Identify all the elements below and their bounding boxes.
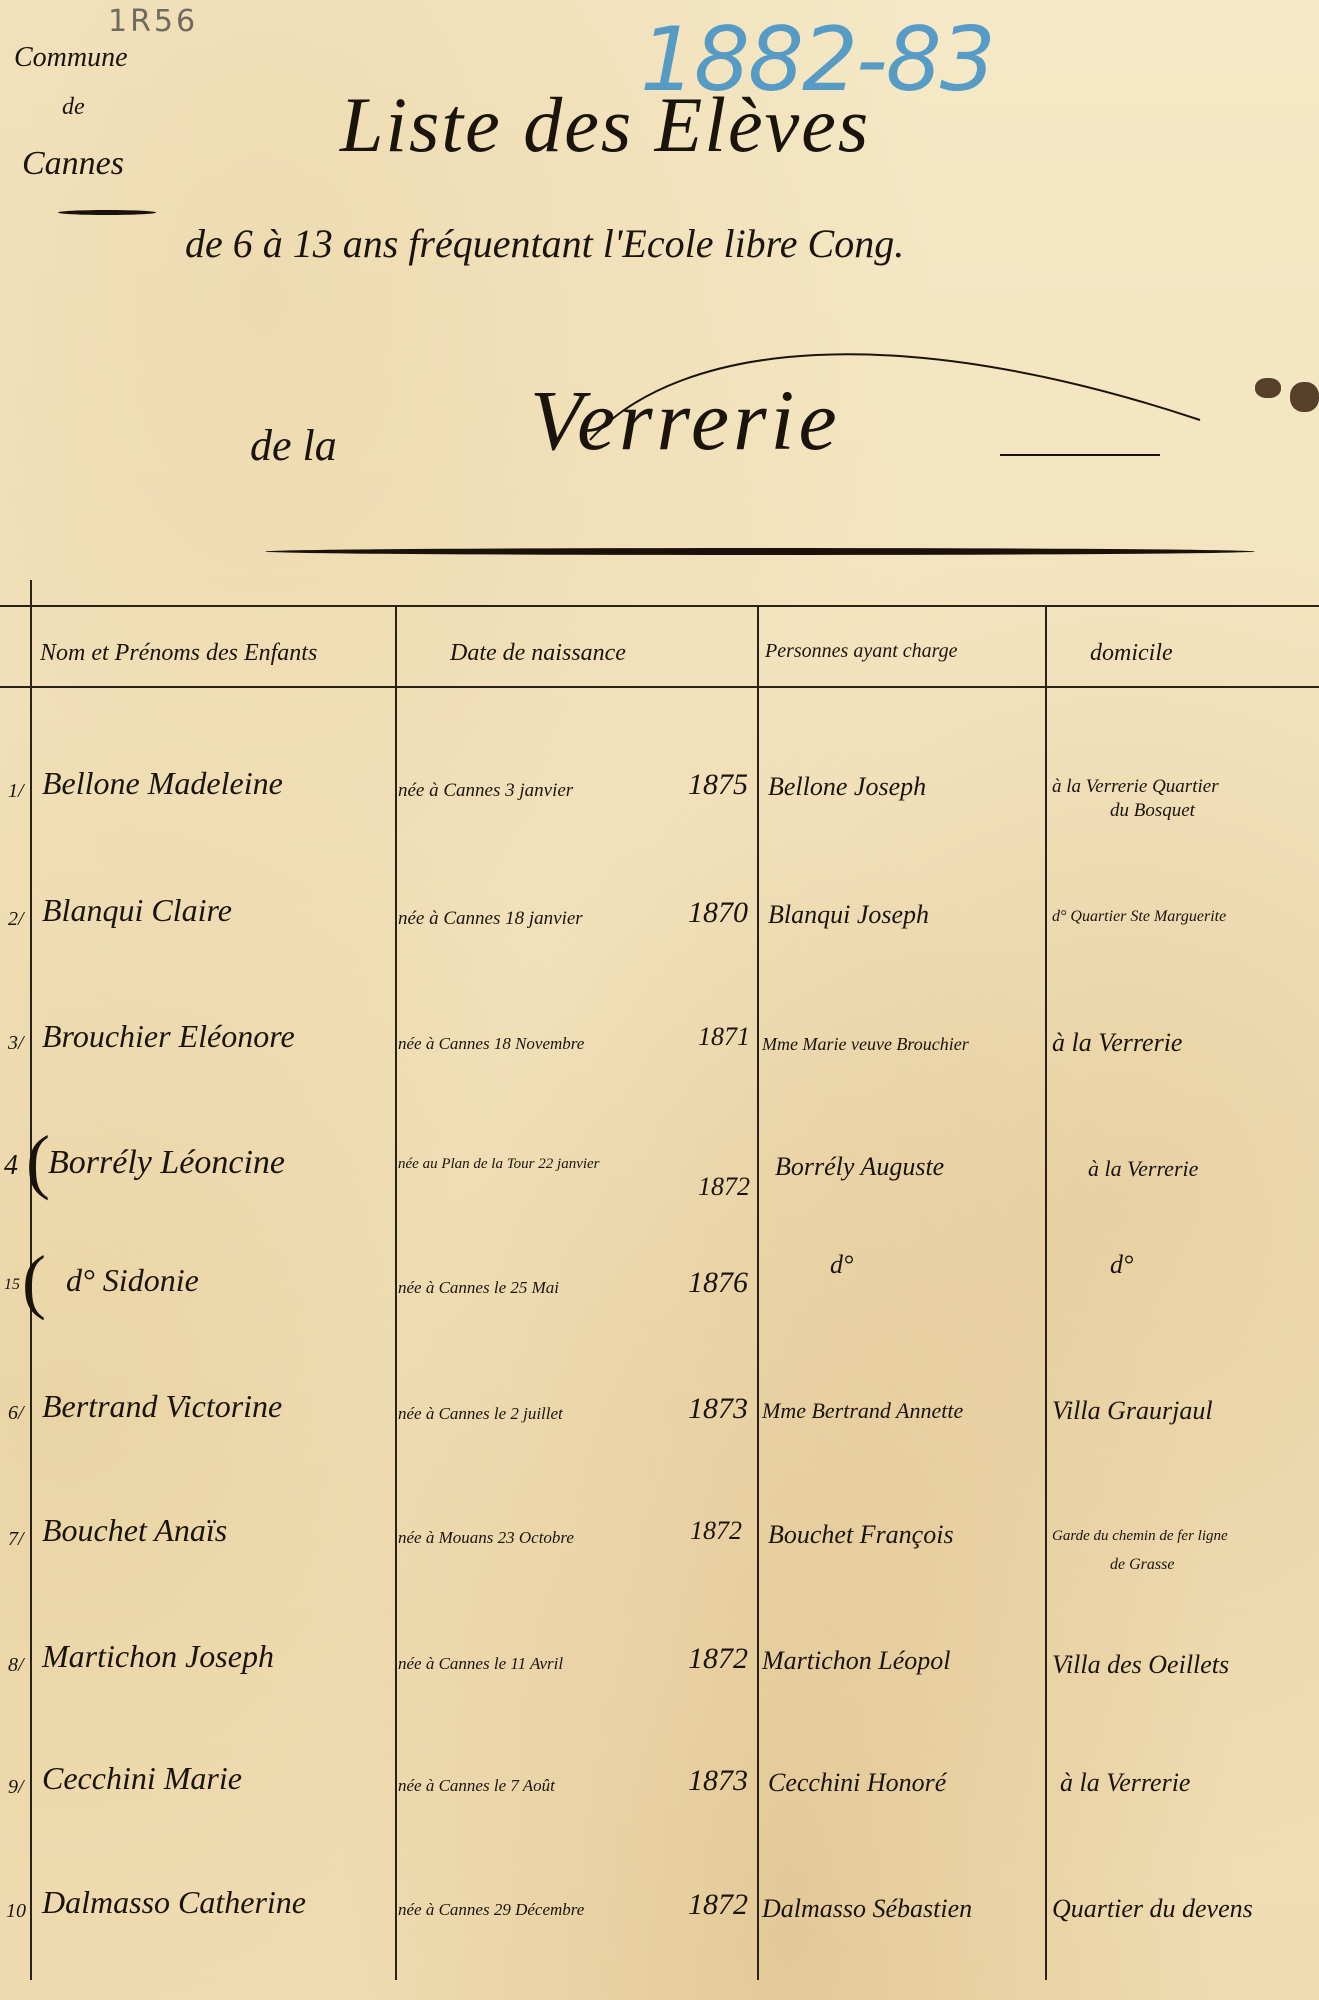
student-name: Bouchet Anaïs bbox=[42, 1512, 227, 1549]
domicile: à la Verrerie bbox=[1088, 1156, 1198, 1182]
row-number: 3/ bbox=[8, 1032, 24, 1055]
commune-label: Commune bbox=[14, 42, 128, 74]
column-header-birthdate: Date de naissance bbox=[450, 640, 626, 667]
birth-year: 1872 bbox=[690, 1516, 742, 1546]
birth-info: née au Plan de la Tour 22 janvier bbox=[398, 1156, 600, 1173]
commune-name: Cannes bbox=[22, 145, 124, 183]
student-name: Bertrand Victorine bbox=[42, 1388, 282, 1425]
row-number: 7/ bbox=[8, 1528, 24, 1551]
student-name: Martichon Joseph bbox=[42, 1638, 274, 1675]
row-number: 10 bbox=[6, 1900, 26, 1923]
column-divider bbox=[1045, 605, 1047, 1980]
guardian-name: Martichon Léopol bbox=[762, 1646, 951, 1676]
birth-year: 1873 bbox=[688, 1764, 748, 1798]
birth-info: née à Cannes le 2 juillet bbox=[398, 1404, 563, 1424]
guardian-name: Dalmasso Sébastien bbox=[762, 1894, 972, 1924]
guardian-name: Mme Bertrand Annette bbox=[762, 1398, 963, 1424]
column-divider bbox=[395, 605, 397, 1980]
commune-underline bbox=[58, 210, 156, 215]
ink-blot bbox=[1255, 378, 1281, 398]
guardian-name: Borrély Auguste bbox=[775, 1152, 944, 1182]
guardian-name: d° bbox=[830, 1250, 853, 1280]
birth-year: 1873 bbox=[688, 1392, 748, 1426]
domicile: d° bbox=[1110, 1250, 1133, 1280]
birth-info: née à Cannes le 11 Avril bbox=[398, 1654, 563, 1674]
birth-info: née à Cannes le 7 Août bbox=[398, 1776, 555, 1796]
domicile: Quartier du devens bbox=[1052, 1894, 1253, 1924]
birth-info: née à Cannes le 25 Mai bbox=[398, 1278, 559, 1298]
domicile-line2: du Bosquet bbox=[1110, 800, 1195, 822]
birth-year: 1876 bbox=[688, 1266, 748, 1300]
domicile: Garde du chemin de fer ligne bbox=[1052, 1528, 1228, 1545]
domicile: à la Verrerie Quartier bbox=[1052, 776, 1219, 798]
domicile-line2: de Grasse bbox=[1110, 1556, 1174, 1574]
domicile: Villa des Oeillets bbox=[1052, 1650, 1229, 1680]
birth-info: née à Cannes 18 Novembre bbox=[398, 1034, 584, 1054]
school-prefix: de la bbox=[250, 420, 337, 471]
guardian-name: Bellone Joseph bbox=[768, 772, 926, 802]
birth-info: née à Cannes 18 janvier bbox=[398, 908, 583, 930]
birth-year: 1872 bbox=[698, 1172, 750, 1202]
page-subtitle: de 6 à 13 ans fréquentant l'Ecole libre … bbox=[185, 220, 904, 267]
student-name: Brouchier Eléonore bbox=[42, 1018, 295, 1055]
column-header-name: Nom et Prénoms des Enfants bbox=[40, 640, 317, 667]
birth-year: 1870 bbox=[688, 896, 748, 930]
birth-year: 1872 bbox=[688, 1888, 748, 1922]
row-number: 6/ bbox=[8, 1402, 24, 1425]
student-name: Borrély Léoncine bbox=[48, 1144, 285, 1182]
guardian-name: Blanqui Joseph bbox=[768, 900, 929, 930]
birth-year: 1875 bbox=[688, 768, 748, 802]
row-number: 15 bbox=[4, 1276, 20, 1294]
row-number: 1/ bbox=[8, 780, 24, 803]
student-name: Cecchini Marie bbox=[42, 1760, 242, 1797]
bracket-icon: ( bbox=[22, 1240, 46, 1323]
column-divider bbox=[757, 605, 759, 1980]
guardian-name: Mme Marie veuve Brouchier bbox=[762, 1034, 969, 1055]
row-number: 8/ bbox=[8, 1654, 24, 1677]
row-number: 4 bbox=[4, 1150, 18, 1182]
domicile: à la Verrerie bbox=[1060, 1768, 1190, 1798]
header-bottom-border bbox=[0, 686, 1319, 688]
domicile: à la Verrerie bbox=[1052, 1028, 1182, 1058]
student-name: Dalmasso Catherine bbox=[42, 1884, 306, 1921]
domicile: Villa Graurjaul bbox=[1052, 1396, 1213, 1426]
ink-blot bbox=[1290, 382, 1319, 412]
student-name: d° Sidonie bbox=[66, 1262, 199, 1299]
title-flourish bbox=[480, 330, 1240, 460]
student-name: Bellone Madeleine bbox=[42, 765, 283, 802]
birth-info: née à Cannes 3 janvier bbox=[398, 780, 573, 802]
guardian-name: Cecchini Honoré bbox=[768, 1768, 946, 1798]
birth-info: née à Cannes 29 Décembre bbox=[398, 1900, 584, 1920]
birth-info: née à Mouans 23 Octobre bbox=[398, 1528, 574, 1548]
archive-reference: 1R56 bbox=[108, 4, 198, 39]
birth-year: 1872 bbox=[688, 1642, 748, 1676]
student-name: Blanqui Claire bbox=[42, 892, 232, 929]
guardian-name: Bouchet François bbox=[768, 1520, 954, 1550]
table-top-border bbox=[0, 605, 1319, 607]
birth-year: 1871 bbox=[698, 1022, 750, 1052]
title-divider bbox=[265, 548, 1255, 555]
commune-de: de bbox=[62, 94, 85, 121]
row-number: 9/ bbox=[8, 1776, 24, 1799]
column-header-domicile: domicile bbox=[1090, 640, 1173, 667]
bracket-icon: ( bbox=[26, 1120, 50, 1203]
domicile: d° Quartier Ste Marguerite bbox=[1052, 908, 1226, 926]
row-number: 2/ bbox=[8, 908, 24, 931]
column-header-guardian: Personnes ayant charge bbox=[765, 640, 958, 663]
page-title: Liste des Elèves bbox=[340, 80, 870, 170]
